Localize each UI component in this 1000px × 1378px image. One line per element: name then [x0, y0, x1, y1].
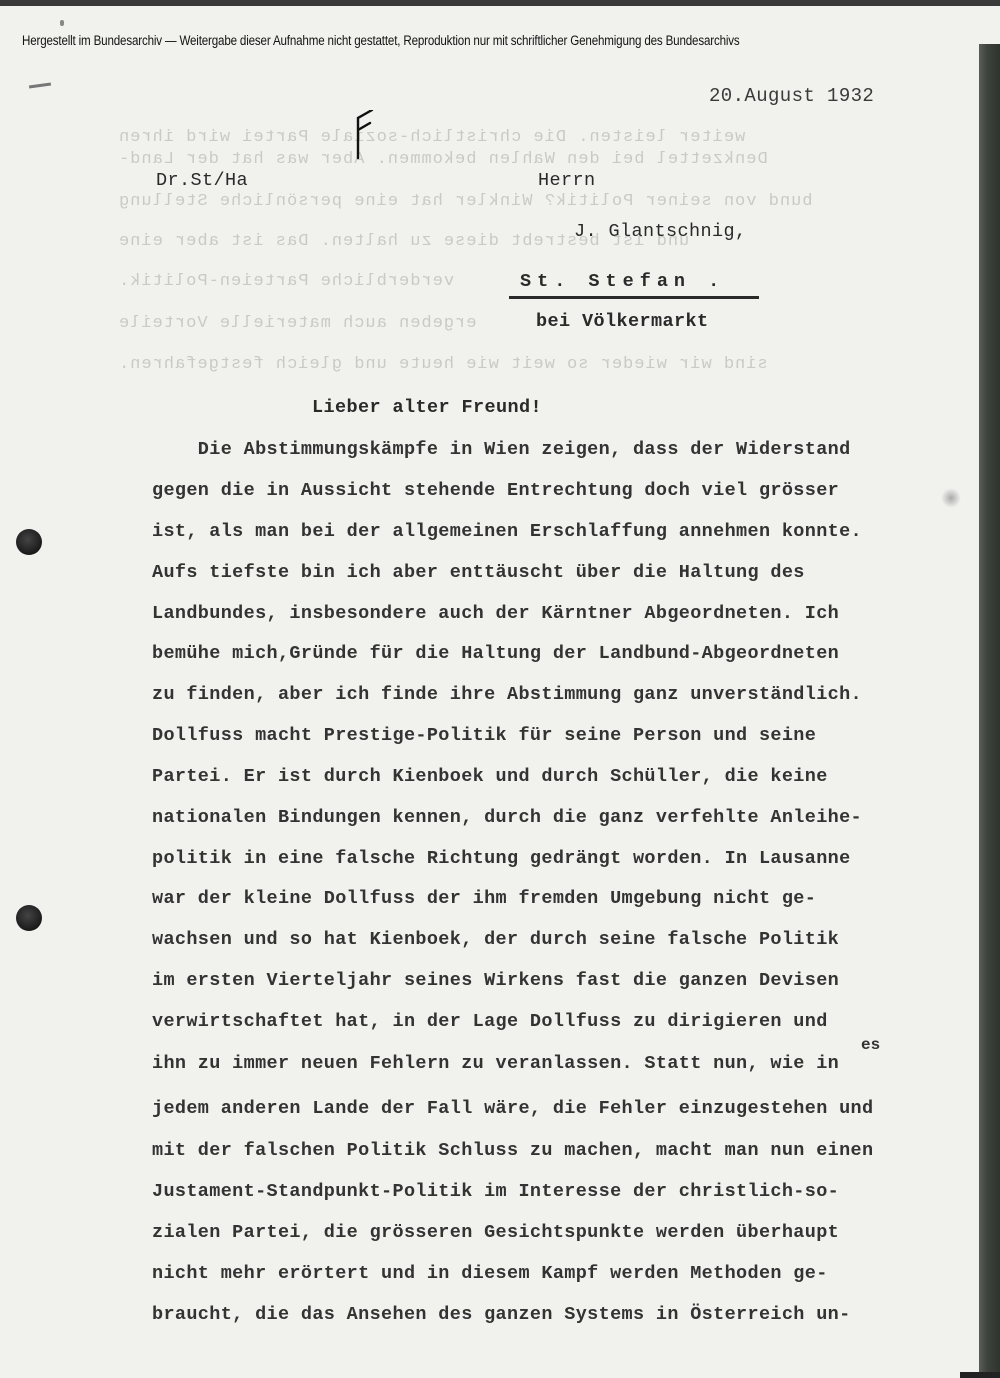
scan-right-edge	[979, 44, 1000, 1378]
body-line: nationalen Bindungen kennen, durch die g…	[152, 807, 862, 828]
body-line: nicht mehr erörtert und in diesem Kampf …	[152, 1263, 828, 1284]
body-line: gegen die in Aussicht stehende Entrechtu…	[152, 480, 839, 501]
body-line: Aufs tiefste bin ich aber enttäuscht übe…	[152, 562, 805, 583]
bleed-through-line: Denkzettel bei den Wahlen bekommen. Aber…	[118, 150, 768, 169]
bleed-through-line: bund von seiner Politik? Winkler hat ein…	[118, 192, 813, 211]
body-line: mit der falschen Politik Schluss zu mach…	[152, 1140, 873, 1161]
body-line: braucht, die das Ansehen des ganzen Syst…	[152, 1304, 851, 1325]
body-line: war der kleine Dollfuss der ihm fremden …	[152, 888, 816, 909]
paper-smudge	[941, 488, 961, 508]
body-line: wachsen und so hat Kienboek, der durch s…	[152, 929, 839, 950]
body-line: ihn zu immer neuen Fehlern zu veranlasse…	[152, 1053, 839, 1074]
body-line: Dollfuss macht Prestige-Politik für sein…	[152, 725, 816, 746]
scan-speck	[60, 20, 64, 26]
place-underline	[509, 296, 759, 299]
letter-date: 20.August 1932	[709, 85, 874, 107]
reference-code: Dr.St/Ha	[156, 170, 248, 191]
handwritten-insertion: es	[861, 1036, 880, 1054]
letter-greeting: Lieber alter Freund!	[312, 397, 542, 418]
body-line: politik in eine falsche Richtung gedräng…	[152, 848, 851, 869]
body-line: im ersten Vierteljahr seines Wirkens fas…	[152, 970, 839, 991]
punch-hole-bottom	[16, 905, 42, 931]
scan-top-edge	[0, 0, 1000, 6]
recipient-salutation: Herrn	[538, 170, 596, 191]
body-line: jedem anderen Lande der Fall wäre, die F…	[152, 1098, 873, 1119]
bleed-through-line: sind wir wieder so weit wie heute und gl…	[118, 355, 768, 374]
margin-mark	[29, 82, 51, 88]
body-line: ist, als man bei der allgemeinen Erschla…	[152, 521, 862, 542]
scan-bottom-edge	[960, 1372, 1000, 1378]
body-line: bemühe mich,Gründe für die Haltung der L…	[152, 643, 839, 664]
body-line: Justament-Standpunkt-Politik im Interess…	[152, 1181, 839, 1202]
handwritten-f-mark	[350, 110, 380, 160]
body-line: zialen Partei, die grösseren Gesichtspun…	[152, 1222, 839, 1243]
body-line: Partei. Er ist durch Kienboek und durch …	[152, 766, 828, 787]
punch-hole-top	[16, 529, 42, 555]
bleed-through-line: ergeben auch materielle Vorteile	[118, 314, 476, 333]
body-line: Die Abstimmungskämpfe in Wien zeigen, da…	[152, 439, 851, 460]
recipient-place: St. Stefan .	[520, 271, 725, 292]
body-line: Landbundes, insbesondere auch der Kärntn…	[152, 603, 839, 624]
body-line: zu finden, aber ich finde ihre Abstimmun…	[152, 684, 862, 705]
archive-notice: Hergestellt im Bundesarchiv — Weitergabe…	[22, 33, 740, 48]
recipient-name: J. Glantschnig,	[574, 221, 747, 242]
recipient-place-sub: bei Völkermarkt	[536, 311, 709, 332]
bleed-through-line: weiter leisten. Die christlich-soziale P…	[118, 128, 745, 147]
bleed-through-line: verderbliche Parteien-Politik.	[118, 272, 454, 291]
body-line: verwirtschaftet hat, in der Lage Dollfus…	[152, 1011, 828, 1032]
